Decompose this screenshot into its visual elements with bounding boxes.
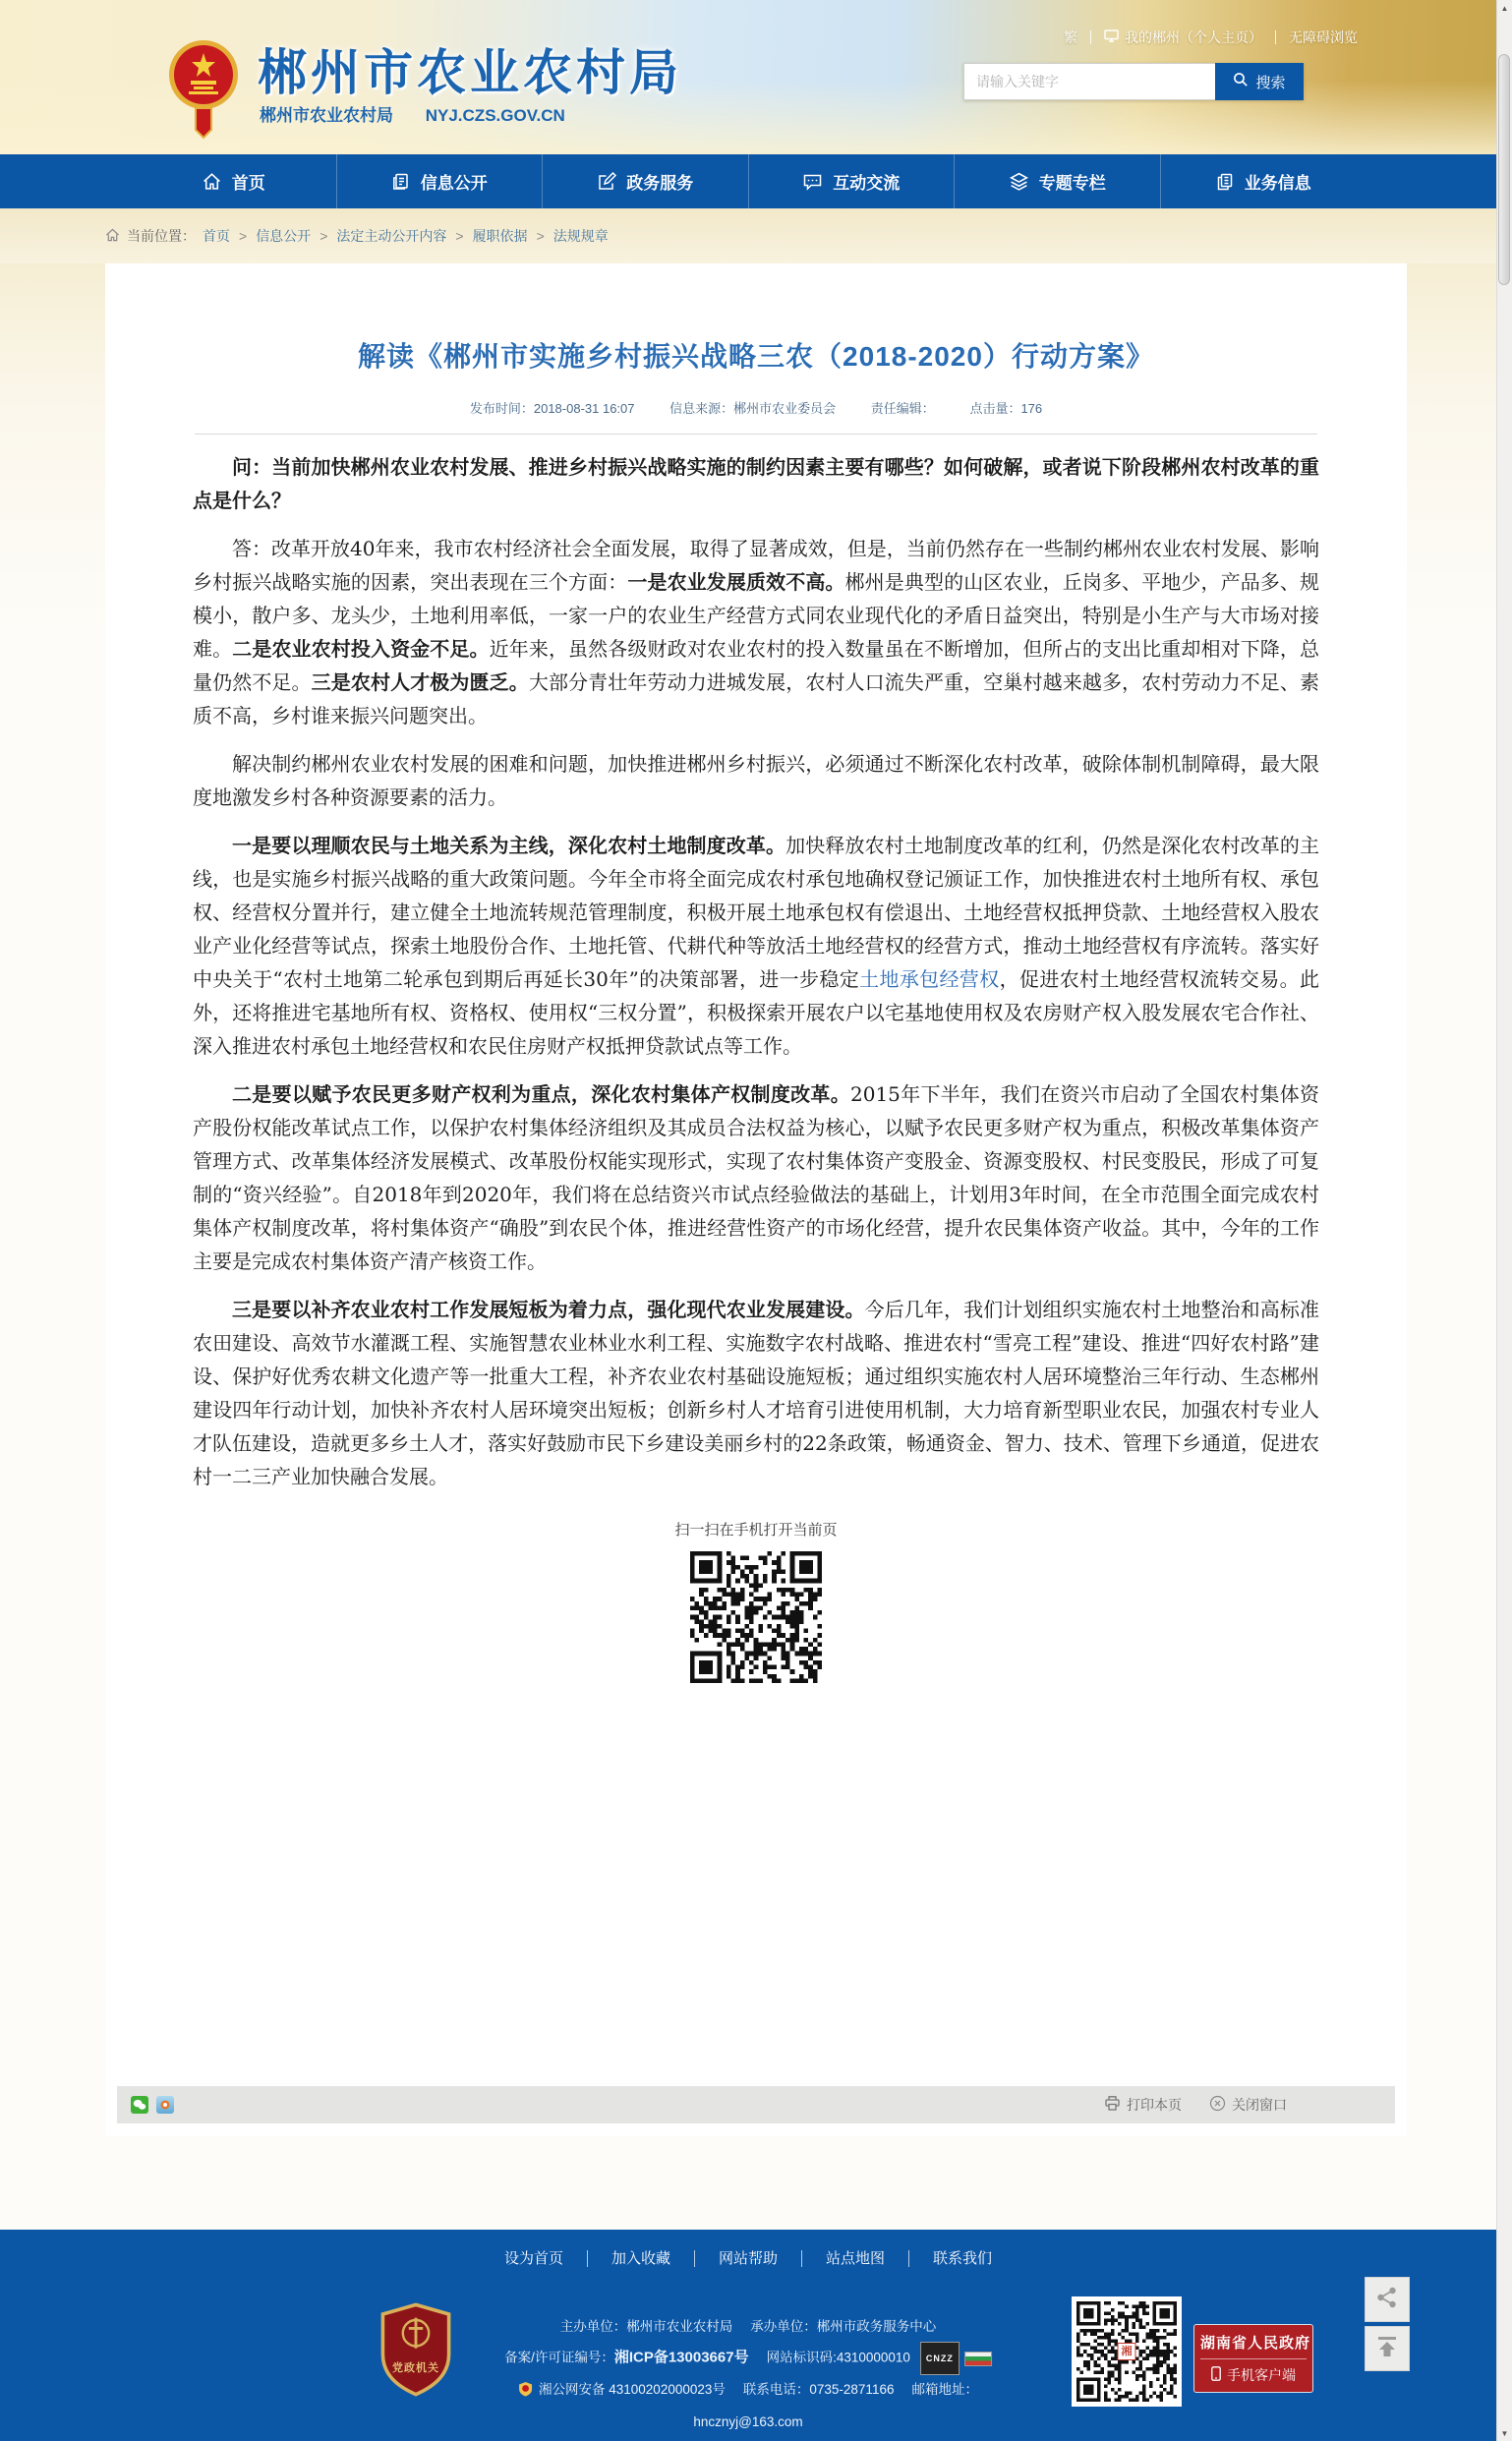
inline-link[interactable]: 土地承包经营权 — [859, 967, 1000, 991]
close-icon — [1209, 2095, 1226, 2115]
breadcrumb-item-home[interactable]: 首页 — [203, 226, 230, 246]
article-meta: 发布时间：2018-08-31 16:07 信息来源：郴州市农业委员会 责任编辑… — [105, 398, 1407, 417]
stats-flag-badge — [964, 2352, 992, 2366]
nav-item-home[interactable]: 首页 — [131, 154, 337, 208]
footer-line-organizers: 主办单位：郴州市农业农村局承办单位：郴州市政务服务中心 — [504, 2312, 992, 2342]
layers-icon — [1009, 171, 1029, 192]
footer-link-help[interactable]: 网站帮助 — [695, 2250, 802, 2267]
close-label: 关闭窗口 — [1232, 2095, 1287, 2115]
share-icons — [131, 2096, 174, 2114]
scrollbar-up-arrow[interactable]: ▲ — [1497, 0, 1512, 16]
close-window-button[interactable]: 关闭窗口 — [1209, 2095, 1287, 2115]
printer-icon — [1104, 2095, 1121, 2115]
footer-link-favorite[interactable]: 加入收藏 — [588, 2250, 695, 2267]
footer-line-email: hncznyj@163.com — [504, 2408, 992, 2437]
breadcrumb-item-regulations[interactable]: 法规规章 — [553, 226, 609, 246]
undertake-org: 郴州市政务服务中心 — [817, 2319, 937, 2334]
breadcrumb-item-duty-basis[interactable]: 履职依据 — [473, 226, 528, 246]
back-to-top-icon — [1374, 2334, 1400, 2364]
search-icon — [1233, 72, 1249, 91]
share-print-bar: 打印本页 关闭窗口 — [117, 2086, 1395, 2123]
search-bar: 搜索 — [963, 63, 1304, 100]
footer-qr-code: 湘 — [1072, 2296, 1182, 2407]
breadcrumb-band: 当前位置： 首页 > 信息公开 > 法定主动公开内容 > 履职依据 > 法规规章 — [0, 208, 1496, 263]
my-chenzhou-label: 我的郴州（个人主页） — [1125, 28, 1262, 47]
header-top-links: 繁 我的郴州（个人主页） 无障碍浏览 — [1064, 28, 1358, 47]
phone-icon — [1211, 2366, 1221, 2384]
article-paragraph: 问：当前加快郴州农业农村发展、推进乡村振兴战略实施的制约因素主要有哪些？如何破解… — [193, 450, 1319, 517]
service-pen-icon — [597, 172, 616, 192]
site-id-code: 网站标识码:4310000010 — [767, 2351, 910, 2365]
article-panel: 解读《郴州市实施乡村振兴战略三农（2018-2020）行动方案》 发布时间：20… — [105, 263, 1407, 2136]
main-nav: 首页 信息公开 政务服务 互动交流 专题专栏 业务信息 — [0, 154, 1496, 208]
icp-number: 湘ICP备13003667号 — [614, 2350, 749, 2366]
site-subtitle-text: 郴州市农业农村局 — [260, 106, 393, 125]
home-icon — [105, 228, 120, 245]
document-icon — [391, 172, 411, 192]
hits-label: 点击量： — [969, 401, 1020, 416]
footer-link-contact[interactable]: 联系我们 — [909, 2250, 1016, 2267]
footer-link-set-home[interactable]: 设为首页 — [481, 2250, 588, 2267]
scrollbar-thumb[interactable] — [1498, 54, 1510, 285]
breadcrumb-item-statutory[interactable]: 法定主动公开内容 — [336, 226, 446, 246]
article-paragraph: 解决制约郴州农业农村发展的困难和问题，加快推进郴州乡村振兴，必须通过不断深化农村… — [193, 747, 1319, 814]
site-title: 郴州市农业农村局 — [258, 33, 682, 104]
police-number: 湘公网安备 43100202000023号 — [539, 2382, 726, 2397]
wechat-share-icon[interactable] — [131, 2096, 148, 2114]
accessibility-link[interactable]: 无障碍浏览 — [1289, 28, 1358, 47]
nav-label: 互动交流 — [833, 169, 900, 194]
nav-label: 政务服务 — [626, 169, 693, 194]
monitor-icon — [1104, 29, 1119, 45]
nav-label: 业务信息 — [1245, 169, 1311, 194]
site-subtitle: 郴州市农业农村局 NYJ.CZS.GOV.CN — [260, 101, 565, 126]
nav-item-info-disclosure[interactable]: 信息公开 — [337, 154, 544, 208]
divider — [1275, 30, 1276, 44]
cnzz-stats-badge[interactable]: CNZZ — [920, 2342, 960, 2375]
footer-info: 主办单位：郴州市农业农村局承办单位：郴州市政务服务中心 备案/许可证编号：湘IC… — [504, 2312, 992, 2437]
footer-links: 设为首页加入收藏网站帮助站点地图联系我们 — [0, 2230, 1496, 2268]
national-emblem-logo — [163, 37, 244, 142]
party-gov-badge-label: 党政机关 — [378, 2359, 454, 2375]
footer-qr-seal: 湘 — [1118, 2343, 1136, 2360]
files-icon — [1215, 172, 1235, 192]
scrollbar-down-arrow[interactable]: ▼ — [1497, 2425, 1512, 2441]
site-header: 郴州市农业农村局 郴州市农业农村局 NYJ.CZS.GOV.CN 繁 我的郴州（… — [0, 0, 1496, 154]
host-org: 郴州市农业农村局 — [626, 2319, 732, 2334]
content-background: 解读《郴州市实施乡村振兴战略三农（2018-2020）行动方案》 发布时间：20… — [0, 263, 1496, 2230]
print-page-button[interactable]: 打印本页 — [1104, 2095, 1182, 2115]
hunan-gov-label: 湖南省人民政府 — [1200, 2332, 1307, 2353]
nav-item-business-info[interactable]: 业务信息 — [1161, 154, 1367, 208]
share-icon — [1374, 2285, 1400, 2315]
print-label: 打印本页 — [1127, 2095, 1182, 2115]
footer-link-sitemap[interactable]: 站点地图 — [802, 2250, 909, 2267]
breadcrumb-separator: > — [320, 228, 327, 244]
home-icon — [202, 171, 222, 192]
nav-item-gov-services[interactable]: 政务服务 — [543, 154, 749, 208]
article-qr-code — [690, 1551, 822, 1683]
article-paragraph: 答：改革开放40年来，我市农村经济社会全面发展，取得了显著成效，但是，当前仍然存… — [193, 532, 1319, 732]
breadcrumb-separator: > — [239, 228, 247, 244]
nav-label: 信息公开 — [421, 169, 488, 194]
source: 郴州市农业委员会 — [733, 401, 836, 416]
footer-line-police: 湘公网安备 43100202000023号联系电话：0735-2871166邮箱… — [504, 2375, 992, 2408]
search-button[interactable]: 搜索 — [1215, 63, 1304, 100]
nav-item-interaction[interactable]: 互动交流 — [749, 154, 956, 208]
article-paragraph: 一是要以理顺农民与土地关系为主线，深化农村土地制度改革。加快释放农村土地制度改革… — [193, 829, 1319, 1063]
contact-email: hncznyj@163.com — [693, 2414, 802, 2429]
party-gov-site-badge: 党政机关 — [378, 2302, 454, 2397]
contact-tel: 0735-2871166 — [809, 2382, 894, 2397]
site-footer: 设为首页加入收藏网站帮助站点地图联系我们 党政机关 主办单位：郴州市农业农村局承… — [0, 2230, 1496, 2441]
breadcrumb: 当前位置： 首页 > 信息公开 > 法定主动公开内容 > 履职依据 > 法规规章 — [105, 226, 609, 246]
browser-viewport: 郴州市农业农村局 郴州市农业农村局 NYJ.CZS.GOV.CN 繁 我的郴州（… — [0, 0, 1496, 2441]
mobile-client-label: 手机客户端 — [1227, 2365, 1296, 2385]
chat-bubble-icon — [802, 172, 823, 192]
page-tools: 打印本页 关闭窗口 — [1104, 2095, 1287, 2115]
qr-tip: 扫一扫在手机打开当前页 — [105, 1519, 1407, 1540]
breadcrumb-separator: > — [455, 228, 463, 244]
search-button-label: 搜索 — [1255, 72, 1285, 92]
article-paragraph: 三是要以补齐农业农村工作发展短板为着力点，强化现代农业发展建设。今后几年，我们计… — [193, 1293, 1319, 1493]
nav-label: 专题专栏 — [1039, 169, 1106, 194]
article-paragraph: 二是要以赋予农民更多财产权利为重点，深化农村集体产权制度改革。2015年下半年，… — [193, 1077, 1319, 1278]
footer-line-icp: 备案/许可证编号：湘ICP备13003667号网站标识码:4310000010C… — [504, 2342, 992, 2375]
meta-divider — [195, 434, 1317, 435]
site-domain: NYJ.CZS.GOV.CN — [426, 106, 565, 125]
nav-label: 首页 — [232, 169, 265, 194]
article-body: 问：当前加快郴州农业农村发展、推进乡村振兴战略实施的制约因素主要有哪些？如何破解… — [193, 450, 1319, 1493]
qr-section: 扫一扫在手机打开当前页 — [105, 1519, 1407, 1683]
hits-count: 176 — [1020, 401, 1042, 416]
my-chenzhou-link[interactable]: 我的郴州（个人主页） — [1104, 28, 1262, 47]
vertical-scrollbar[interactable]: ▲ ▼ — [1496, 0, 1512, 2441]
share-float-button[interactable] — [1365, 2277, 1410, 2322]
article-title: 解读《郴州市实施乡村振兴战略三农（2018-2020）行动方案》 — [105, 263, 1407, 375]
breadcrumb-item-info[interactable]: 信息公开 — [256, 226, 311, 246]
divider — [1090, 30, 1091, 44]
hunan-gov-app-badge[interactable]: 湖南省人民政府 手机客户端 — [1193, 2324, 1313, 2393]
back-to-top-button[interactable] — [1365, 2326, 1410, 2371]
search-input[interactable] — [963, 63, 1215, 100]
police-badge-icon — [518, 2378, 533, 2408]
source-label: 信息来源： — [669, 401, 733, 416]
publish-time: 2018-08-31 16:07 — [534, 401, 635, 416]
more-share-icon[interactable] — [156, 2096, 174, 2114]
breadcrumb-prefix: 当前位置： — [127, 226, 196, 246]
traditional-chinese-link[interactable]: 繁 — [1064, 28, 1077, 47]
publish-time-label: 发布时间： — [470, 401, 534, 416]
editor-label: 责任编辑： — [871, 401, 935, 416]
breadcrumb-separator: > — [537, 228, 545, 244]
nav-item-special-topics[interactable]: 专题专栏 — [955, 154, 1161, 208]
